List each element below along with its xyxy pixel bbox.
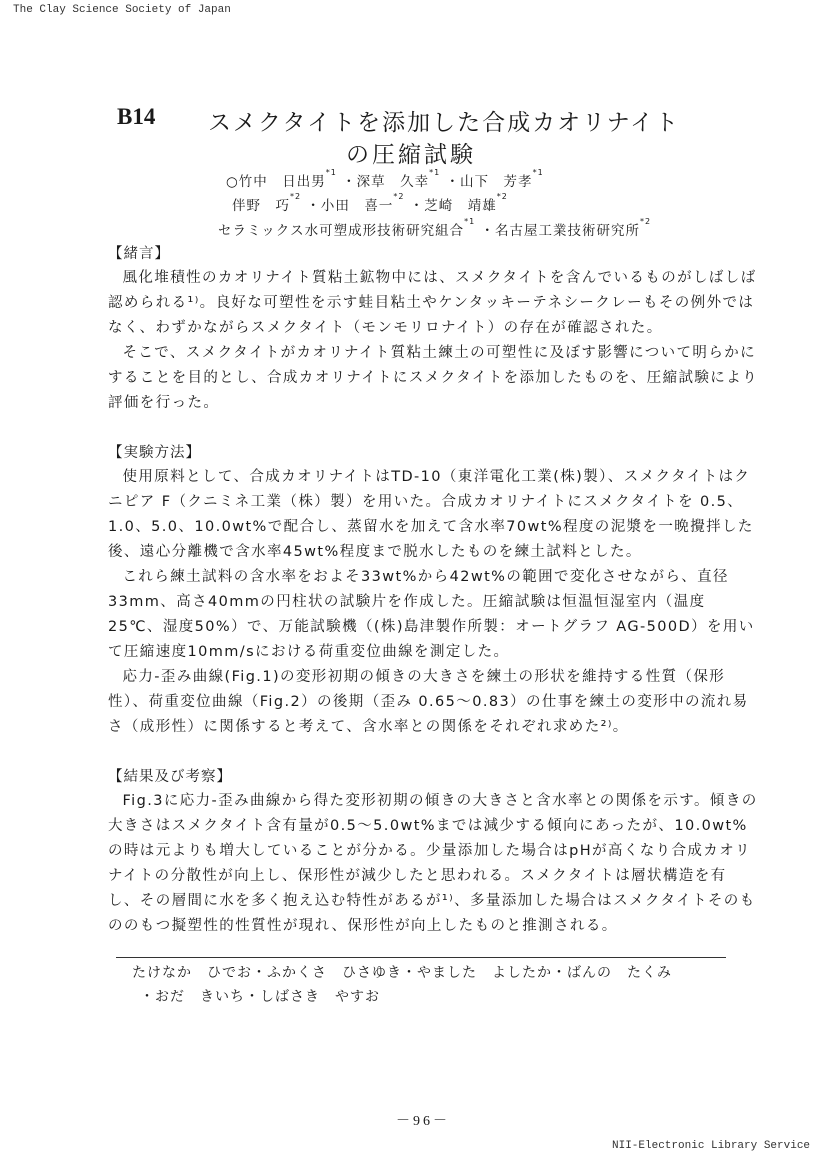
author: 伴野 巧 [232, 198, 290, 214]
paragraph: これら練土試料の含水率をおよそ33wt%から42wt%の範囲で変化させながら、直… [108, 565, 758, 665]
affiliation-mark: *1 [533, 168, 544, 177]
section-heading-methods: 【実験方法】 [108, 441, 201, 462]
header-organization: The Clay Science Society of Japan [13, 4, 231, 16]
affiliation-mark: *1 [429, 168, 440, 177]
authors-line2: 伴野 巧*2 ・小田 喜一*2 ・芝崎 靖雄*2 [232, 194, 508, 214]
author: ・山下 芳孝 [446, 174, 533, 190]
paper-code: B14 [117, 104, 155, 130]
authors-line1: ○竹中 日出男*1 ・深草 久幸*1 ・山下 芳孝*1 [226, 170, 544, 190]
paragraph: そこで、スメクタイトがカオリナイト質粘土練土の可塑性に及ぼす影響について明らかに… [108, 341, 758, 416]
author: ・小田 喜一 [306, 198, 393, 214]
affiliation-mark: *2 [497, 192, 508, 201]
author-readings-line1: たけなか ひでお・ふかくさ ひさゆき・やました よしたか・ばんの たくみ [132, 962, 672, 982]
section-body-intro: 風化堆積性のカオリナイト質粘土鉱物中には、スメクタイトを含んでいるものがしばしば… [108, 266, 758, 416]
section-body-results: Fig.3に応力-歪み曲線から得た変形初期の傾きの大きさと含水率との関係を示す。… [108, 789, 758, 939]
section-heading-intro: 【緒言】 [108, 242, 170, 263]
paragraph: 風化堆積性のカオリナイト質粘土鉱物中には、スメクタイトを含んでいるものがしばしば… [108, 266, 758, 341]
paper-title-line2: の圧縮試験 [346, 136, 476, 169]
section-heading-results: 【結果及び考察】 [108, 765, 232, 786]
affiliation-mark: *2 [640, 217, 651, 226]
affiliation: ・名古屋工業技術研究所 [481, 223, 641, 239]
affiliations: セラミックス水可塑成形技術研究組合*1 ・名古屋工業技術研究所*2 [218, 219, 651, 239]
page-number: －96－ [396, 1110, 450, 1130]
section-body-methods: 使用原料として、合成カオリナイトはTD-10（東洋電化工業(株)製）、スメクタイ… [108, 465, 758, 740]
affiliation-mark: *2 [290, 192, 301, 201]
affiliation-mark: *1 [464, 217, 475, 226]
affiliation: セラミックス水可塑成形技術研究組合 [218, 223, 464, 239]
author: ・芝崎 靖雄 [410, 198, 497, 214]
author: ○竹中 日出男 [226, 174, 326, 190]
affiliation-mark: *1 [326, 168, 337, 177]
author: ・深草 久幸 [342, 174, 429, 190]
footnote-divider [116, 957, 726, 958]
footer-service: NII-Electronic Library Service [612, 1140, 810, 1152]
paragraph: 使用原料として、合成カオリナイトはTD-10（東洋電化工業(株)製）、スメクタイ… [108, 465, 758, 565]
affiliation-mark: *2 [393, 192, 404, 201]
paragraph: Fig.3に応力-歪み曲線から得た変形初期の傾きの大きさと含水率との関係を示す。… [108, 789, 758, 939]
author-readings-line2: ・おだ きいち・しばさき やすお [140, 986, 380, 1006]
paragraph: 応力-歪み曲線(Fig.1)の変形初期の傾きの大きさを練土の形状を維持する性質（… [108, 665, 758, 740]
paper-title-line1: スメクタイトを添加した合成カオリナイト [208, 104, 680, 137]
